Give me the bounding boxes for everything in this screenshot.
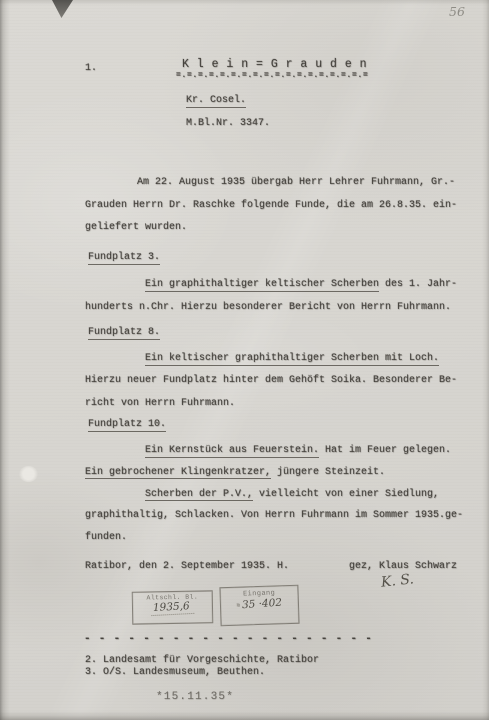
fundplatz8-heading-text: Fundplatz 8. xyxy=(88,327,160,340)
fundplatz10-heading: Fundplatz 10. xyxy=(88,419,166,430)
fundplatz8-line-2: Hierzu neuer Fundplatz hinter dem Gehöft… xyxy=(85,370,463,392)
fundplatz3-line-2: hunderts n.Chr. Hierzu besonderer Berich… xyxy=(85,297,463,320)
paper-corner-notch xyxy=(52,0,73,18)
fundplatz3-heading: Fundplatz 3. xyxy=(88,252,160,263)
paper-hole-mark xyxy=(19,466,38,482)
eingang-stamp-number-row: №35 ·402 xyxy=(237,597,283,610)
scanned-document-page: 56 1. K l e i n = G r a u d e n =.=.=.=.… xyxy=(0,0,489,720)
eingang-stamp-value: 35 ·402 xyxy=(242,597,283,612)
fundplatz10-find1-text: Ein Kernstück aus Feuerstein. xyxy=(145,445,319,458)
fundplatz10-find3-text: Scherben der P.V., xyxy=(145,489,253,502)
handwritten-initials: K. S. xyxy=(380,571,414,590)
item-number: 1. xyxy=(85,63,97,74)
place-date: Ratibor, den 2. September 1935. H. xyxy=(85,561,289,572)
fundplatz3-line-1: Ein graphithaltiger keltischer Scherben … xyxy=(85,274,463,297)
separator-dashes: - - - - - - - - - - - - - - - - - - - - xyxy=(84,633,373,645)
title-underline-rule: =.=.=.=.=.=.=.=.=.=.=.=.=.=.=.=.=.= xyxy=(176,71,369,80)
document-title: K l e i n = G r a u d e n xyxy=(182,58,367,71)
fundplatz8-find-text: Ein keltischer graphithaltiger Scherben … xyxy=(145,353,439,366)
eingang-stamp: Eingang №35 ·402 xyxy=(219,585,299,626)
signature-row: Ratibor, den 2. September 1935. H. gez, … xyxy=(85,561,457,572)
fundplatz10-find2-text: Ein gebrochener Klingenkratzer, xyxy=(85,467,271,480)
signed-name: gez, Klaus Schwarz xyxy=(349,561,457,572)
fundplatz10-line-5: funden. xyxy=(85,527,463,549)
altschl-stamp-value: 1935,6 xyxy=(151,600,194,616)
intro-line-1: Am 22. August 1935 übergab Herr Lehrer F… xyxy=(85,172,463,195)
district-text: Kr. Cosel. xyxy=(186,95,246,108)
date-stamp: *15.11.35* xyxy=(156,691,234,703)
map-sheet-number: M.Bl.Nr. 3347. xyxy=(186,118,270,129)
fundplatz8-heading: Fundplatz 8. xyxy=(88,327,160,338)
fundplatz10-line-4: graphithaltig, Schlacken. Von Herrn Fuhr… xyxy=(85,505,463,527)
fundplatz10-heading-text: Fundplatz 10. xyxy=(88,419,166,432)
fundplatz8-body: Ein keltischer graphithaltiger Scherben … xyxy=(85,348,463,415)
distribution-line-2: 3. O/S. Landesmuseum, Beuthen. xyxy=(85,667,265,678)
fundplatz3-find-text: Ein graphithaltiger keltischer Scherben xyxy=(145,279,379,292)
fundplatz10-line-2-rest: jüngere Steinzeit. xyxy=(271,467,385,478)
eingang-stamp-no-sign: № xyxy=(237,602,241,609)
fundplatz10-line-2: Ein gebrochener Klingenkratzer, jüngere … xyxy=(85,462,463,484)
fundplatz8-line-3: richt von Herrn Fuhrmann. xyxy=(85,393,463,415)
fundplatz3-heading-text: Fundplatz 3. xyxy=(88,252,160,265)
fundplatz3-body: Ein graphithaltiger keltischer Scherben … xyxy=(85,274,463,319)
intro-line-2: Grauden Herrn Dr. Raschke folgende Funde… xyxy=(85,195,463,218)
distribution-line-1: 2. Landesamt für Vorgeschichte, Ratibor xyxy=(85,655,319,666)
altschl-stamp: Altschl. Bl. 1935,6 xyxy=(132,590,214,624)
fundplatz10-line-1-rest: Hat im Feuer gelegen. xyxy=(319,445,451,456)
fundplatz10-line-3-rest: vielleicht von einer Siedlung, xyxy=(253,489,439,500)
district-line: Kr. Cosel. xyxy=(186,95,246,106)
fundplatz3-line-1-rest: des 1. Jahr- xyxy=(379,279,457,290)
fundplatz10-body: Ein Kernstück aus Feuerstein. Hat im Feu… xyxy=(85,440,463,549)
fundplatz10-line-1: Ein Kernstück aus Feuerstein. Hat im Feu… xyxy=(85,440,463,462)
fundplatz8-line-1: Ein keltischer graphithaltiger Scherben … xyxy=(85,348,463,370)
intro-paragraph: Am 22. August 1935 übergab Herr Lehrer F… xyxy=(85,172,463,240)
fundplatz10-line-3: Scherben der P.V., vielleicht von einer … xyxy=(85,484,463,506)
intro-line-3: geliefert wurden. xyxy=(85,217,463,240)
page-number: 56 xyxy=(449,4,465,19)
